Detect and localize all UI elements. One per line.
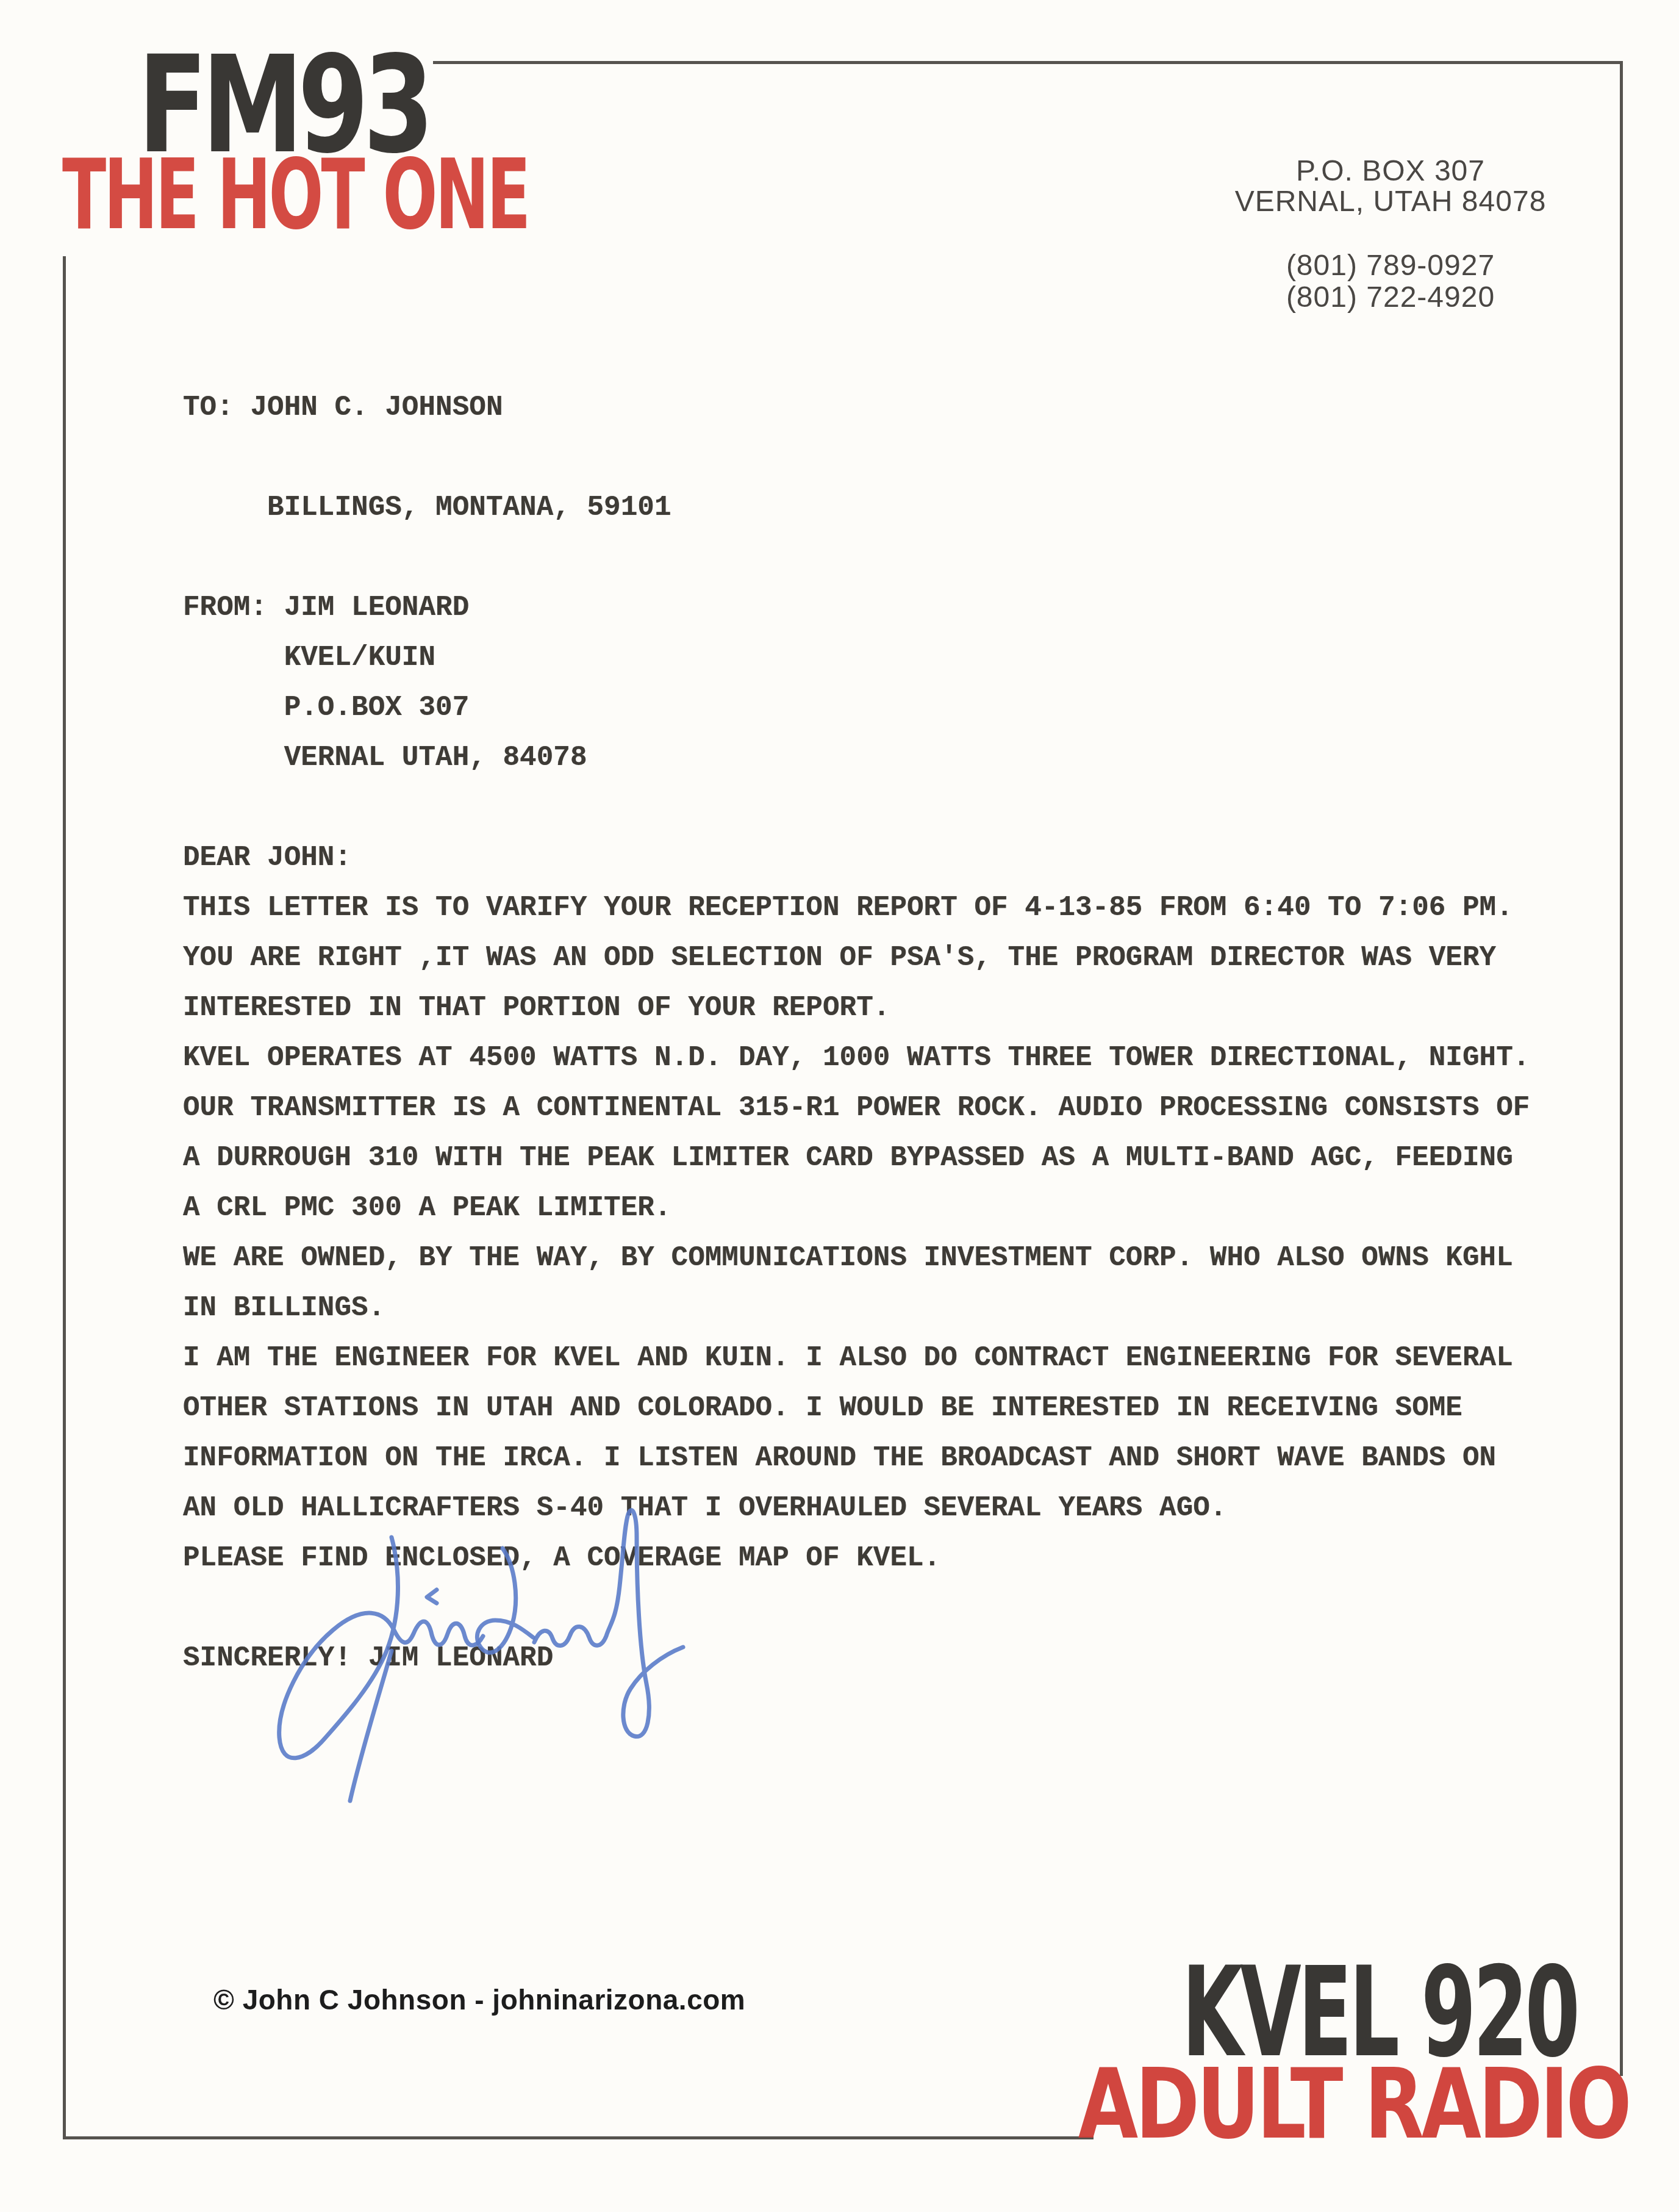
adult-radio-logo: ADULT RADIO [1078, 2056, 1629, 2153]
letterhead-phones: (801) 789-0927 (801) 722-4920 [1183, 250, 1598, 314]
letterhead-city-state: VERNAL, UTAH 84078 [1183, 187, 1598, 217]
page-border-bottom [63, 2136, 1094, 2139]
letterhead-address-block: P.O. BOX 307 VERNAL, UTAH 84078 (801) 78… [1183, 156, 1598, 314]
page-border-left [63, 256, 66, 2139]
letter-body: TO: JOHN C. JOHNSON BILLINGS, MONTANA, 5… [183, 382, 1530, 1683]
letterhead-phone-1: (801) 789-0927 [1183, 250, 1598, 282]
letterhead-phone-2: (801) 722-4920 [1183, 282, 1598, 314]
page-border-right [1620, 61, 1623, 2076]
page-border-top [433, 61, 1623, 64]
scanned-letter-page: FM93 THE HOT ONE P.O. BOX 307 VERNAL, UT… [0, 0, 1679, 2212]
letterhead-po-box: P.O. BOX 307 [1183, 156, 1598, 187]
copyright-watermark: © John C Johnson - johninarizona.com [213, 1984, 745, 2016]
the-hot-one-logo: THE HOT ONE [62, 147, 528, 243]
